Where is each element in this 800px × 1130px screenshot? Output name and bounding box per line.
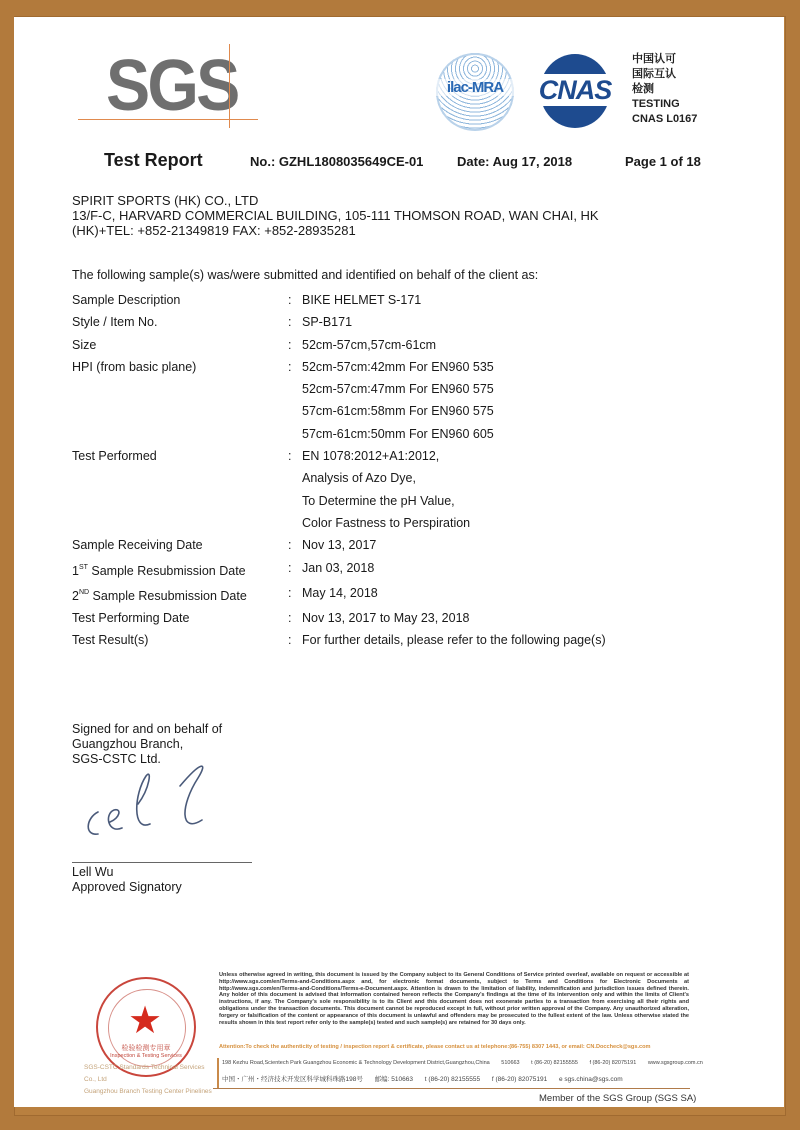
detail-separator: : xyxy=(288,629,302,651)
address-postcode-cn: 邮编: 510663 xyxy=(375,1076,413,1083)
website-link[interactable]: www.sgsgroup.com.cn xyxy=(648,1060,703,1066)
signature-line xyxy=(72,862,252,863)
address-fax: f (86-20) 82075191 xyxy=(589,1060,636,1066)
detail-label xyxy=(72,512,288,534)
detail-row: Color Fastness to Perspiration xyxy=(72,512,712,534)
signed-for-line: Guangzhou Branch, xyxy=(72,737,222,752)
detail-separator xyxy=(288,423,302,445)
detail-row: 2ND Sample Resubmission Date:May 14, 201… xyxy=(72,582,712,607)
report-title: Test Report xyxy=(104,150,203,171)
ordinal-suffix: ND xyxy=(79,589,89,596)
cnas-info-line: TESTING xyxy=(632,97,697,112)
detail-separator: : xyxy=(288,334,302,356)
detail-value: Color Fastness to Perspiration xyxy=(302,512,712,534)
detail-separator xyxy=(288,400,302,422)
address-english: 198 Kezhu Road,Scientech Park Guangzhou … xyxy=(222,1060,713,1066)
detail-row: Sample Receiving Date:Nov 13, 2017 xyxy=(72,534,712,556)
detail-value: 52cm-57cm:42mm For EN960 535 xyxy=(302,356,712,378)
detail-value: Jan 03, 2018 xyxy=(302,557,712,582)
cnas-accreditation-info: 中国认可 国际互认 检测 TESTING CNAS L0167 xyxy=(632,52,697,127)
address-chinese: 中国・广州・经济技术开发区科学城科珠路198号 邮编: 510663 t (86… xyxy=(222,1074,633,1083)
detail-row: Test Performing Date:Nov 13, 2017 to May… xyxy=(72,607,712,629)
detail-separator: : xyxy=(288,356,302,378)
detail-value: Nov 13, 2017 xyxy=(302,534,712,556)
sample-details: Sample Description:BIKE HELMET S-171Styl… xyxy=(72,289,712,652)
detail-label-text: Sample Resubmission Date xyxy=(89,589,247,603)
detail-label: Sample Description xyxy=(72,289,288,311)
member-notice: Member of the SGS Group (SGS SA) xyxy=(539,1093,696,1104)
ordinal-suffix: ST xyxy=(79,564,88,571)
detail-label: Style / Item No. xyxy=(72,311,288,333)
detail-row: Test Result(s):For further details, plea… xyxy=(72,629,712,651)
sgs-logo: SGS xyxy=(96,44,276,134)
detail-label: 1ST Sample Resubmission Date xyxy=(72,557,288,582)
client-name: SPIRIT SPORTS (HK) CO., LTD xyxy=(72,193,599,208)
cnas-logo: CNAS xyxy=(530,52,620,132)
cnas-info-line: 国际互认 xyxy=(632,67,697,82)
address-separator xyxy=(217,1058,219,1088)
detail-separator xyxy=(288,378,302,400)
detail-row: 57cm-61cm:58mm For EN960 575 xyxy=(72,400,712,422)
detail-label xyxy=(72,400,288,422)
detail-row: Size:52cm-57cm,57cm-61cm xyxy=(72,334,712,356)
detail-label: Size xyxy=(72,334,288,356)
address-telephone-cn: t (86-20) 82155555 xyxy=(425,1076,480,1083)
handwritten-signature xyxy=(76,760,226,840)
detail-separator xyxy=(288,490,302,512)
detail-value: Nov 13, 2017 to May 23, 2018 xyxy=(302,607,712,629)
detail-separator xyxy=(288,512,302,534)
stamp-company-line: SGS-CSTC Standards Technical Services Co… xyxy=(84,1062,214,1086)
stamp-company: SGS-CSTC Standards Technical Services Co… xyxy=(84,1062,214,1098)
detail-row: Style / Item No.:SP-B171 xyxy=(72,311,712,333)
detail-label: Test Performing Date xyxy=(72,607,288,629)
stamp-company-line: Guangzhou Branch Testing Center Pineline… xyxy=(84,1086,214,1098)
detail-label: Test Result(s) xyxy=(72,629,288,651)
detail-label: HPI (from basic plane) xyxy=(72,356,288,378)
detail-label: 2ND Sample Resubmission Date xyxy=(72,582,288,607)
client-address: 13/F-C, HARVARD COMMERCIAL BUILDING, 105… xyxy=(72,208,599,223)
detail-separator xyxy=(288,467,302,489)
detail-separator: : xyxy=(288,445,302,467)
sample-intro: The following sample(s) was/were submitt… xyxy=(72,268,538,282)
detail-row: Sample Description:BIKE HELMET S-171 xyxy=(72,289,712,311)
logo-crosshair-horizontal xyxy=(78,119,258,120)
detail-label: Sample Receiving Date xyxy=(72,534,288,556)
signatory-name: Lell Wu xyxy=(72,865,182,880)
client-contact: (HK)+TEL: +852-21349819 FAX: +852-289352… xyxy=(72,223,599,238)
ordinal-number: 1 xyxy=(72,564,79,578)
detail-value: May 14, 2018 xyxy=(302,582,712,607)
detail-value: SP-B171 xyxy=(302,311,712,333)
detail-separator: : xyxy=(288,557,302,582)
footer-divider xyxy=(213,1088,690,1089)
detail-separator: : xyxy=(288,311,302,333)
signatory-title: Approved Signatory xyxy=(72,880,182,895)
detail-row: 1ST Sample Resubmission Date:Jan 03, 201… xyxy=(72,557,712,582)
cnas-info-line: 中国认可 xyxy=(632,52,697,67)
detail-label: Test Performed xyxy=(72,445,288,467)
address-fax-cn: f (86-20) 82075191 xyxy=(492,1076,547,1083)
detail-value: 52cm-57cm:47mm For EN960 575 xyxy=(302,378,712,400)
detail-row: Test Performed:EN 1078:2012+A1:2012, xyxy=(72,445,712,467)
logo-crosshair-vertical xyxy=(229,44,230,128)
stamp-chinese-text: 检验检测专用章 xyxy=(98,1043,194,1053)
email-link[interactable]: e sgs.china@sgs.com xyxy=(559,1076,623,1083)
detail-value: 57cm-61cm:58mm For EN960 575 xyxy=(302,400,712,422)
authenticity-notice: Attention:To check the authenticity of t… xyxy=(219,1044,689,1051)
cnas-info-line: 检测 xyxy=(632,82,697,97)
detail-row: Analysis of Azo Dye, xyxy=(72,467,712,489)
ordinal-number: 2 xyxy=(72,589,79,603)
report-date: Date: Aug 17, 2018 xyxy=(457,154,572,169)
detail-label xyxy=(72,467,288,489)
detail-value: EN 1078:2012+A1:2012, xyxy=(302,445,712,467)
signatory-block: Lell Wu Approved Signatory xyxy=(72,865,182,895)
terms-and-conditions: Unless otherwise agreed in writing, this… xyxy=(219,972,689,1026)
cnas-logo-text: CNAS xyxy=(530,74,620,106)
detail-value: 52cm-57cm,57cm-61cm xyxy=(302,334,712,356)
detail-row: To Determine the pH Value, xyxy=(72,490,712,512)
detail-label-text: Sample Resubmission Date xyxy=(88,564,246,578)
detail-label xyxy=(72,423,288,445)
sgs-logo-text: SGS xyxy=(106,44,238,128)
detail-separator: : xyxy=(288,607,302,629)
detail-label xyxy=(72,378,288,400)
address-postcode: 510663 xyxy=(501,1060,519,1066)
address-street: 198 Kezhu Road,Scientech Park Guangzhou … xyxy=(222,1060,490,1066)
detail-value: BIKE HELMET S-171 xyxy=(302,289,712,311)
detail-row: 57cm-61cm:50mm For EN960 605 xyxy=(72,423,712,445)
detail-value: 57cm-61cm:50mm For EN960 605 xyxy=(302,423,712,445)
page-number: Page 1 of 18 xyxy=(625,154,701,169)
stamp-english-text: Inspection & Testing Services xyxy=(98,1053,194,1059)
detail-separator: : xyxy=(288,534,302,556)
address-telephone: t (86-20) 82155555 xyxy=(531,1060,578,1066)
cnas-info-line: CNAS L0167 xyxy=(632,112,697,127)
ilac-mra-logo: ilac-MRA xyxy=(436,53,514,131)
detail-value: For further details, please refer to the… xyxy=(302,629,712,651)
client-block: SPIRIT SPORTS (HK) CO., LTD 13/F-C, HARV… xyxy=(72,193,599,238)
ilac-logo-text: ilac-MRA xyxy=(436,79,514,96)
detail-separator: : xyxy=(288,289,302,311)
detail-value: Analysis of Azo Dye, xyxy=(302,467,712,489)
detail-row: 52cm-57cm:47mm For EN960 575 xyxy=(72,378,712,400)
address-street-cn: 中国・广州・经济技术开发区科学城科珠路198号 xyxy=(222,1076,363,1083)
report-number: No.: GZHL1808035649CE-01 xyxy=(250,154,423,169)
detail-label xyxy=(72,490,288,512)
star-icon: ★ xyxy=(128,1001,162,1041)
detail-row: HPI (from basic plane):52cm-57cm:42mm Fo… xyxy=(72,356,712,378)
detail-value: To Determine the pH Value, xyxy=(302,490,712,512)
signed-for-line: Signed for and on behalf of xyxy=(72,722,222,737)
detail-separator: : xyxy=(288,582,302,607)
